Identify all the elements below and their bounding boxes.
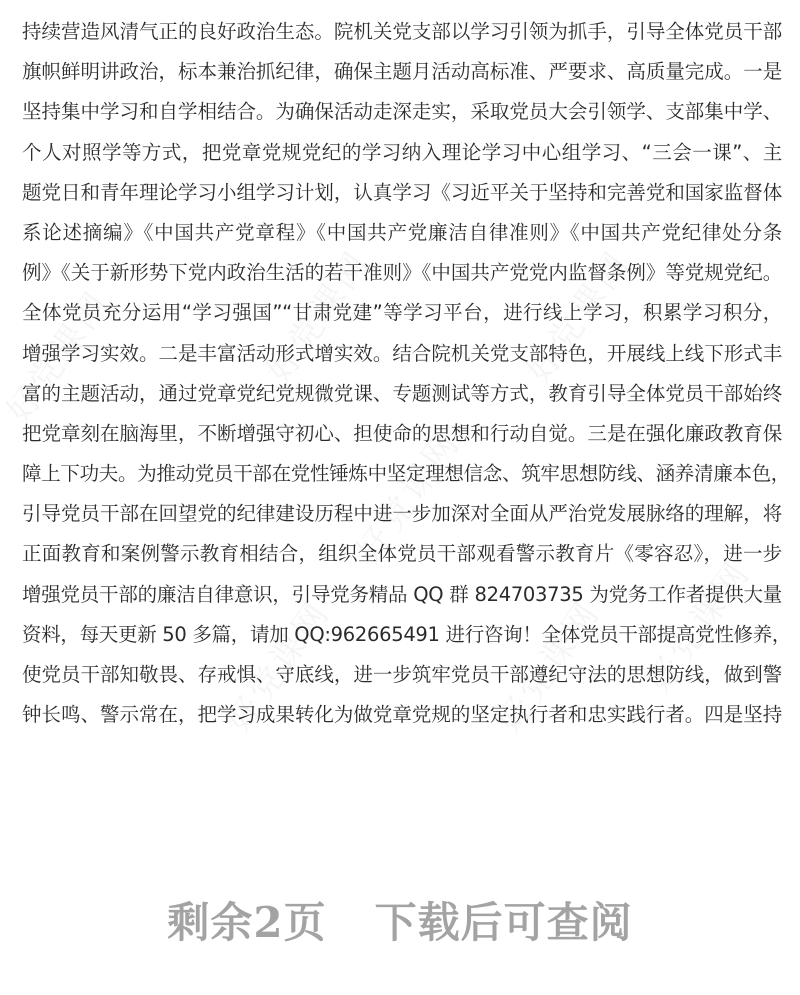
text-line: 全体党员充分运用“学习强国”“甘肃党建”等学习平台，进行线上学习，积累学习积分， bbox=[22, 293, 782, 333]
text-line: 坚持集中学习和自学相结合。为确保活动走深走实，采取党员大会引领学、支部集中学、 bbox=[22, 92, 782, 132]
download-to-read-banner[interactable]: 剩余2页 下载后可查阅 bbox=[0, 885, 800, 955]
text-line: 引导党员干部在回望党的纪律建设历程中进一步加深对全面从严治党发展脉络的理解，将 bbox=[22, 494, 782, 534]
text-line: 系论述摘编》《中国共产党章程》《中国共产党廉洁自律准则》《中国共产党纪律处分条 bbox=[22, 213, 782, 253]
document-body: 持续营造风清气正的良好政治生态。院机关党支部以学习引领为抓手，引导全体党员干部 … bbox=[22, 12, 782, 735]
text-line: 障上下功夫。为推动党员干部在党性锤炼中坚定理想信念、筑牢思想防线、涵养清廉本色， bbox=[22, 454, 782, 494]
text-line: 旗帜鲜明讲政治，标本兼治抓纪律，确保主题月活动高标准、严要求、高质量完成。一是 bbox=[22, 52, 782, 92]
text-line: 个人对照学等方式，把党章党规党纪的学习纳入理论学习中心组学习、“三会一课”、主 bbox=[22, 133, 782, 173]
text-line: 增强学习实效。二是丰富活动形式增实效。结合院机关党支部特色，开展线上线下形式丰 bbox=[22, 334, 782, 374]
text-line: 使党员干部知敬畏、存戒惧、守底线，进一步筑牢党员干部遵纪守法的思想防线，做到警 bbox=[22, 655, 782, 695]
text-line: 题党日和青年理论学习小组学习计划，认真学习《习近平关于坚持和完善党和国家监督体 bbox=[22, 173, 782, 213]
text-line: 资料，每天更新 50 多篇，请加 QQ:962665491 进行咨询！全体党员干… bbox=[22, 615, 782, 655]
download-to-view-label[interactable]: 下载后可查阅 bbox=[375, 890, 633, 950]
text-line: 例》《关于新形势下党内政治生活的若干准则》《中国共产党党内监督条例》等党规党纪。 bbox=[22, 253, 782, 293]
text-line: 增强党员干部的廉洁自律意识，引导党务精品 QQ 群 824703735 为党务工… bbox=[22, 575, 782, 615]
text-line: 钟长鸣、警示常在，把学习成果转化为做党章党规的坚定执行者和忠实践行者。四是坚持 bbox=[22, 695, 782, 735]
text-line: 富的主题活动，通过党章党纪党规微党课、专题测试等方式，教育引导全体党员干部始终 bbox=[22, 374, 782, 414]
remaining-pages-label: 剩余2页 bbox=[167, 890, 326, 950]
text-line: 正面教育和案例警示教育相结合，组织全体党员干部观看警示教育片《零容忍》，进一步 bbox=[22, 534, 782, 574]
text-line: 持续营造风清气正的良好政治生态。院机关党支部以学习引领为抓手，引导全体党员干部 bbox=[22, 12, 782, 52]
text-line: 把党章刻在脑海里，不断增强守初心、担使命的思想和行动自觉。三是在强化廉政教育保 bbox=[22, 414, 782, 454]
document-page: 好党课网 好党课网 好党课网 好党课网 好党课网 好党课网 好党课网 持续营造风… bbox=[0, 0, 800, 995]
